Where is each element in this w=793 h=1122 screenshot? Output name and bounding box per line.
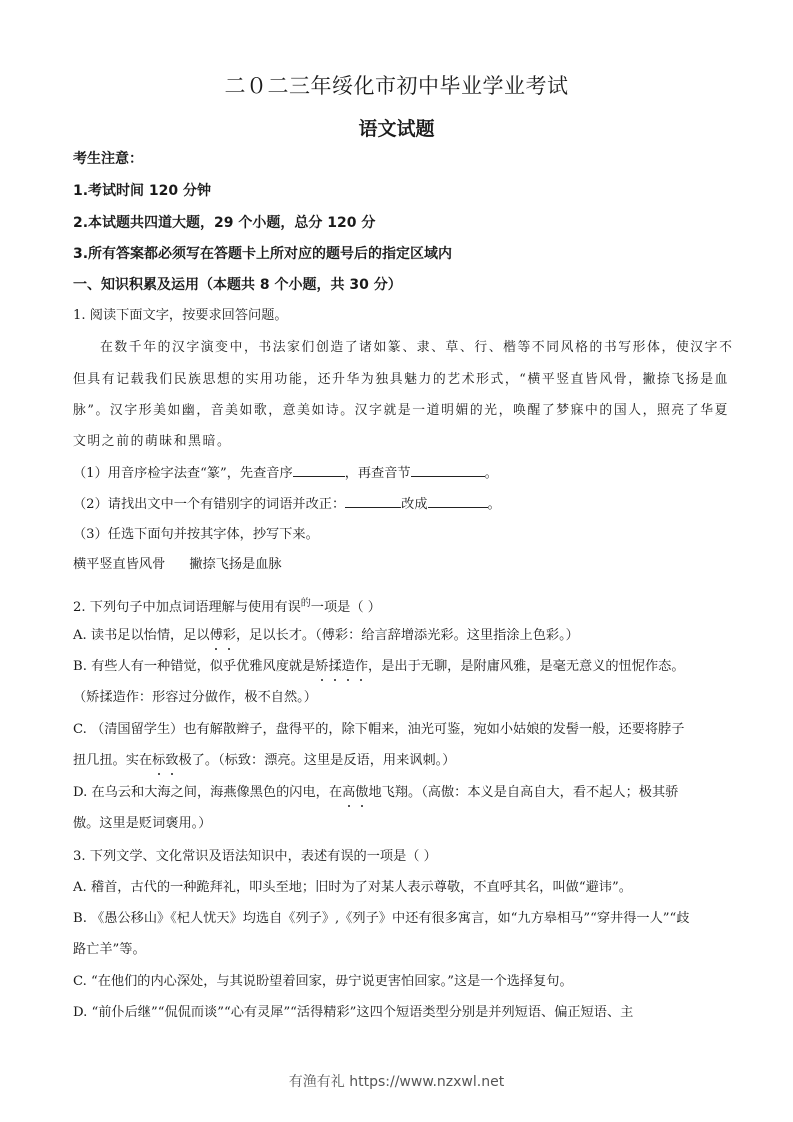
q1-stem: 1. 阅读下面文字，按要求回答问题。	[73, 307, 288, 325]
q3-option-a: A. 稽首，古代的一种跪拜礼，叩头至地；旧时为了对某人表示尊敬，不直呼其名，叫做…	[73, 879, 632, 897]
dotted-char: 作	[355, 658, 368, 676]
exam-subtitle: 语文试题	[0, 114, 793, 141]
dotted-char: 揉	[328, 658, 341, 676]
q1-sub-1-text-a: （1）用音序检字法查“篆”，先查音序	[73, 466, 293, 481]
q2-a-post: ，足以长才。（傅彩：给言辞增添光彩。这里指涂上色彩。）	[236, 628, 579, 643]
q2-b-post: ，是出于无聊，是附庸风雅，是毫无意义的忸怩作态。	[368, 659, 685, 674]
q1-sub-2-text-a: （2）请找出文中一个有错别字的词语并改正：	[73, 497, 345, 512]
q1-sub-2-text-b: 改成	[401, 497, 427, 512]
q2-option-d: D. 在乌云和大海之间，海燕像黑色的闪电，在高傲地飞翔。（高傲：本义是自高自大，…	[73, 784, 678, 802]
q1-sub-1-text-c: 。	[485, 466, 498, 481]
answer-blank-corrected-word[interactable]	[428, 495, 488, 508]
q1-sub-2: （2）请找出文中一个有错别字的词语并改正：改成。	[73, 495, 501, 514]
q2-stem-text: 2. 下列句子中加点词语理解与使用有误	[73, 600, 301, 615]
dotted-char: 傅	[210, 627, 223, 645]
footer-watermark: 有渔有礼 https://www.nzxwl.net	[0, 1071, 793, 1091]
exam-page: 二０二三年绥化市初中毕业学业考试 语文试题 考生注意： 1.考试时间 120 分…	[0, 0, 793, 1122]
q1-sub-1: （1）用音序检字法查“篆”，先查音序，再查音节。	[73, 464, 498, 483]
q2-stem: 2. 下列句子中加点词语理解与使用有误的一项是（ ）	[73, 595, 381, 617]
q1-passage-line-1: 在数千年的汉字演变中，书法家们创造了诸如篆、隶、草、行、楷等不同风格的书写形体，…	[100, 339, 733, 357]
dotted-char: 致	[165, 752, 178, 770]
q3-stem: 3. 下列文学、文化常识及语法知识中，表述有误的一项是（ ）	[73, 848, 437, 866]
section-1-heading: 一、知识积累及运用（本题共 8 个小题，共 30 分）	[73, 276, 402, 294]
q2-a-pre: A. 读书足以怡情，足以	[73, 628, 210, 643]
q2-d-pre: D. 在乌云和大海之间，海燕像黑色的闪电，在	[73, 785, 342, 800]
q1-sub-1-text-b: ，再查音节	[345, 466, 411, 481]
notice-item-2: 2.本试题共四道大题，29 个小题，总分 120 分	[73, 214, 375, 232]
answer-blank-wrong-word[interactable]	[345, 495, 401, 508]
q2-stem-tail: 一项是（ ）	[311, 600, 381, 615]
notice-item-1: 1.考试时间 120 分钟	[73, 182, 211, 200]
q2-d-post: 地飞翔。（高傲：本义是自高自大，看不起人；极其骄	[368, 785, 678, 800]
q2-c-pre: 扭几扭。实在	[73, 753, 152, 768]
q2-option-d-cont: 傲。这里是贬词褒用。）	[73, 815, 211, 833]
q1-passage-line-4: 文明之前的萌昧和黑暗。	[73, 433, 231, 451]
q1-sub-2-text-c: 。	[488, 497, 501, 512]
q3-option-b-cont: 路亡羊”等。	[73, 941, 146, 959]
dotted-char: 彩	[223, 627, 236, 645]
q1-passage-line-3: 脉”。汉字形美如幽，音美如歌，意美如诗。汉字就是一道明媚的光，唤醒了梦寐中的国人…	[73, 402, 729, 420]
exam-title: 二０二三年绥化市初中毕业学业考试	[0, 70, 793, 100]
q1-passage-line-2: 但具有记载我们民族思想的实用功能，还升华为独具魅力的艺术形式，“横平竖直皆风骨，…	[73, 371, 729, 389]
q2-b-pre: B. 有些人有一种错觉，似乎优雅风度就是	[73, 659, 315, 674]
dotted-char: 标	[152, 752, 165, 770]
q3-option-b: B. 《愚公移山》《杞人忧天》均选自《列子》,《列子》中还有很多寓言，如“九方皋…	[73, 910, 689, 928]
q2-stem-superscript: 的	[301, 598, 311, 609]
q3-option-c: C. “在他们的内心深处，与其说盼望着回家，毋宁说更害怕回家。”这是一个选择复句…	[73, 973, 573, 991]
q3-option-d: D. “前仆后继”“侃侃而谈”“心有灵犀”“活得精彩”这四个短语类型分别是并列短…	[73, 1004, 633, 1022]
copy-option-left: 横平竖直皆风骨	[73, 557, 165, 572]
q1-sub-3: （3）任选下面句并按其字体，抄写下来。	[73, 526, 319, 544]
dotted-char: 矫	[315, 658, 328, 676]
dotted-char: 高	[342, 784, 355, 802]
q2-option-b-note: （矫揉造作：形容过分做作，极不自然。）	[73, 689, 317, 707]
notice-item-3: 3.所有答案都必须写在答题卡上所对应的题号后的指定区域内	[73, 245, 452, 263]
dotted-char: 造	[342, 658, 355, 676]
notice-heading: 考生注意：	[73, 150, 143, 168]
q2-option-b: B. 有些人有一种错觉，似乎优雅风度就是矫揉造作，是出于无聊，是附庸风雅，是毫无…	[73, 658, 685, 676]
answer-blank-yinjie[interactable]	[411, 464, 485, 477]
q2-c-post: 极了。（标致：漂亮。这里是反语，用来讽刺。）	[179, 753, 456, 768]
q1-copy-options: 横平竖直皆风骨撇捺飞扬是血脉	[73, 556, 282, 574]
dotted-char: 傲	[355, 784, 368, 802]
q2-option-c-cont: 扭几扭。实在标致极了。（标致：漂亮。这里是反语，用来讽刺。）	[73, 752, 455, 770]
q2-option-c: C. （清国留学生）也有解散辫子，盘得平的，除下帽来，油光可鉴，宛如小姑娘的发髻…	[73, 721, 684, 739]
q2-option-a: A. 读书足以怡情，足以傅彩，足以长才。（傅彩：给言辞增添光彩。这里指涂上色彩。…	[73, 627, 579, 645]
answer-blank-yinxu[interactable]	[293, 464, 345, 477]
copy-option-right: 撇捺飞扬是血脉	[189, 557, 281, 572]
